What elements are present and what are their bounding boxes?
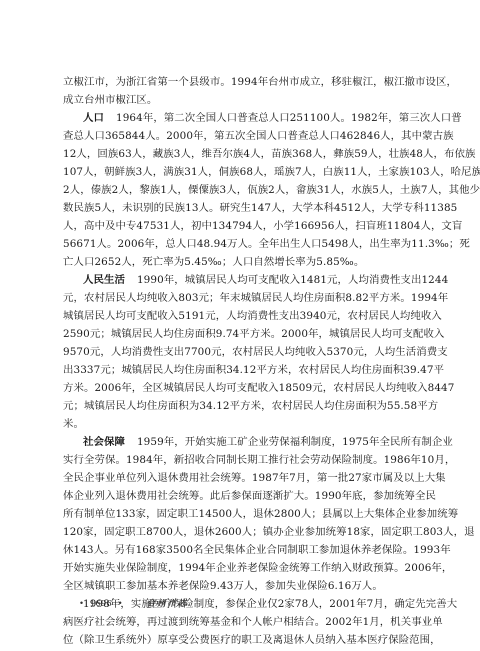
line-text: 107人，朝鲜族3人，满族31人，侗族68人，瑶族7人，白族11人，土家族103… [63,166,480,178]
text-line: 米。 [63,415,418,433]
line-text: 实行全劳保。1984年，新招收合同制长期工推行社会劳动保险制度。1986年10月… [63,454,455,466]
line-text: 全民企事业单位列入退休费用社会统筹。1987年7月，第一批27家市属及以上大集 [63,472,446,484]
line-text: 立椒江市，为浙江省第一个县级市。1994年台州市成立，移驻椒江，椒江撤市设区， [63,76,457,88]
text-line: 病医疗社会统筹，再过渡到统筹基金和个人帐户相结合。2002年1月，机关事业单 [63,613,418,631]
line-text: 2590元；城镇居民人均住房面积9.74平方米。2000年，城镇居民人均可支配收… [63,328,444,340]
page-footer: •1696•台州市志 [73,597,189,609]
text-line: 位（除卫生系统外）原享受公费医疗的职工及离退休人员纳入基本医疗保险范围， [63,631,418,649]
line-text: 查总人口365844人。2000年，第五次全国人口普查总人口462846人，其中… [63,130,454,142]
text-line: 查总人口365844人。2000年，第五次全国人口普查总人口462846人，其中… [63,127,418,145]
line-text: 开始实施失业保险制度，1994年企业养老保险金统筹工作纳入财政预算。2006年， [63,562,452,574]
text-line: 2人，傣族2人，黎族1人，傈僳族3人，佤族2人，畲族31人，水族5人，土族7人，… [63,181,418,199]
line-text: 2人，傣族2人，黎族1人，傈僳族3人，佤族2人，畲族31人，水族5人，土族7人，… [63,184,480,196]
text-line: 数民族5人，未识别的民族13人。研究生147人，大学本科4512人，大学专科11… [63,199,418,217]
line-text: 成立台州市椒江区。 [63,94,157,106]
line-text: 出3337元；城镇居民人均住房面积34.12平方米，农村居民人均住房面积39.4… [63,364,444,376]
book-title: 台州市志 [147,599,189,609]
line-text: 病医疗社会统筹，再过渡到统筹基金和个人帐户相结合。2002年1月，机关事业单 [63,616,443,628]
text-line: 方米。2006年，全区城镇居民人均可支配收入18509元，农村居民人均纯收入84… [63,379,418,397]
line-text: 亡人口2652人，死亡率为5.45‰；人口自然增长率为5.85‰。 [63,256,364,268]
line-text: 人，高中及中专47531人，初中134794人，小学166956人，扫盲班118… [63,220,462,232]
text-line: 开始实施失业保险制度，1994年企业养老保险金统筹工作纳入财政预算。2006年， [63,559,418,577]
line-text: 1959年，开始实施工矿企业劳保福利制度，1975年全民所有制企业 [137,436,453,448]
footer-bullet-right: • [118,599,123,609]
text-line: 成立台州市椒江区。 [63,91,418,109]
footer-bullet-left: • [79,599,84,609]
section-heading: 人民生活 [83,274,125,286]
line-text: 全区城镇职工参加基本养老保险9.43万人，参加失业保险6.16万人。 [63,580,383,592]
line-text: 所有制单位133家，固定职工14500人，退休2800人；县属以上大集体企业参加… [63,508,458,520]
text-line: 56671人。2006年，总人口48.94万人。全年出生人口5498人，出生率为… [63,235,418,253]
line-text: 位（除卫生系统外）原享受公费医疗的职工及离退休人员纳入基本医疗保险范围， [63,634,441,646]
line-text: 城镇居民人均可支配收入5191元，人均消费性支出3940元，农村居民人均纯收入 [63,310,442,322]
text-line: 休143人。另有168家3500名全民集体企业合同制职工参加退休养老保险。199… [63,541,418,559]
text-line: 实行全劳保。1984年，新招收合同制长期工推行社会劳动保险制度。1986年10月… [63,451,418,469]
section-start-line: 社会保障1959年，开始实施工矿企业劳保福利制度，1975年全民所有制企业 [63,433,418,451]
text-line: 107人，朝鲜族3人，满族31人，侗族68人，瑶族7人，白族11人，土家族103… [63,163,418,181]
document-body: 立椒江市，为浙江省第一个县级市。1994年台州市成立，移驻椒江，椒江撤市设区，成… [63,73,418,649]
text-line: 亡人口2652人，死亡率为5.45‰；人口自然增长率为5.85‰。 [63,253,418,271]
page-number: 1696 [90,599,112,609]
text-line: 元，农村居民人均纯收入803元；年末城镇居民人均住房面积8.82平方米。1994… [63,289,418,307]
line-text: 休143人。另有168家3500名全民集体企业合同制职工参加退休养老保险。199… [63,544,451,556]
text-line: 立椒江市，为浙江省第一个县级市。1994年台州市成立，移驻椒江，椒江撤市设区， [63,73,418,91]
text-line: 所有制单位133家，固定职工14500人，退休2800人；县属以上大集体企业参加… [63,505,418,523]
line-text: 体企业列入退休费用社会统筹。此后参保面逐渐扩大。1990年底，参加统筹全民 [63,490,436,502]
line-text: 方米。2006年，全区城镇居民人均可支配收入18509元，农村居民人均纯收入84… [63,382,454,394]
line-text: 1990年，城镇居民人均可支配收入1481元，人均消费性支出1244 [137,274,448,286]
line-text: 数民族5人，未识别的民族13人。研究生147人，大学本科4512人，大学专科11… [63,202,457,214]
text-line: 全民企事业单位列入退休费用社会统筹。1987年7月，第一批27家市属及以上大集 [63,469,418,487]
text-line: 9570元，人均消费性支出7700元，农村居民人均纯收入5370元，人均生活消费… [63,343,418,361]
text-line: 120家，固定职工8700人，退休2600人；镇办企业参加统筹18家，固定职工8… [63,523,418,541]
text-line: 人，高中及中专47531人，初中134794人，小学166956人，扫盲班118… [63,217,418,235]
line-text: 米。 [63,418,84,430]
line-text: 元，农村居民人均纯收入803元；年末城镇居民人均住房面积8.82平方米。1994… [63,292,448,304]
text-line: 城镇居民人均可支配收入5191元，人均消费性支出3940元，农村居民人均纯收入 [63,307,418,325]
text-line: 全区城镇职工参加基本养老保险9.43万人，参加失业保险6.16万人。 [63,577,418,595]
line-text: 56671人。2006年，总人口48.94万人。全年出生人口5498人，出生率为… [63,238,470,250]
text-line: 体企业列入退休费用社会统筹。此后参保面逐渐扩大。1990年底，参加统筹全民 [63,487,418,505]
line-text: 元；城镇居民人均住房面积为34.12平方米，农村居民人均住房面积为55.58平方 [63,400,438,412]
line-text: 9570元，人均消费性支出7700元，农村居民人均纯收入5370元，人均生活消费… [63,346,448,358]
line-text: 12人，回族63人，藏族3人，维吾尔族4人，苗族368人，彝族59人，壮族48人… [63,148,475,160]
text-line: 12人，回族63人，藏族3人，维吾尔族4人，苗族368人，彝族59人，壮族48人… [63,145,418,163]
section-start-line: 人口1964年，第二次全国人口普查总人口251100人。1982年，第三次人口普 [63,109,418,127]
line-text: 120家，固定职工8700人，退休2600人；镇办企业参加统筹18家，固定职工8… [63,526,475,538]
section-start-line: 人民生活1990年，城镇居民人均可支配收入1481元，人均消费性支出1244 [63,271,418,289]
section-heading: 社会保障 [83,436,125,448]
line-text: 1964年，第二次全国人口普查总人口251100人。1982年，第三次人口普 [116,112,462,124]
section-heading: 人口 [83,112,104,124]
text-line: 2590元；城镇居民人均住房面积9.74平方米。2000年，城镇居民人均可支配收… [63,325,418,343]
text-line: 元；城镇居民人均住房面积为34.12平方米，农村居民人均住房面积为55.58平方 [63,397,418,415]
text-line: 出3337元；城镇居民人均住房面积34.12平方米，农村居民人均住房面积39.4… [63,361,418,379]
